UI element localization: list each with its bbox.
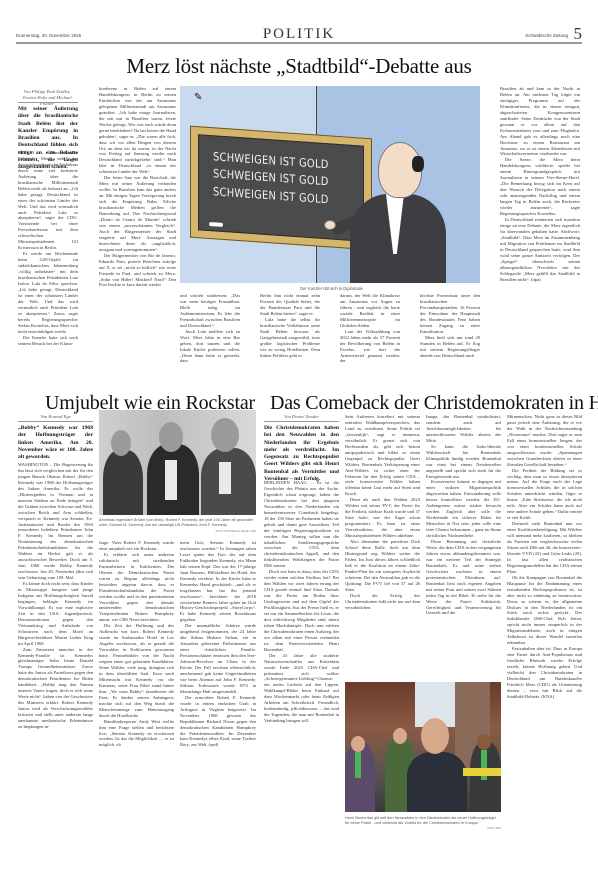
headline-holland: Das Comeback der Christdemokraten in Hol… [270,393,590,413]
face [393,728,407,744]
article-column-kennedy-1: WASHINGTON – Die Begeisterung für ihn lä… [18,462,93,867]
artist-signature-icon: ✎ [194,92,208,106]
caricature-hair [412,156,424,172]
yellow-tray [463,768,501,776]
article-column-holland-2: Sein Auftreten korreliert mit seinem zen… [345,414,420,680]
byline-kennedy: Von Konrad Ege [18,414,93,420]
article-column-merz-6: höchste Prozentsatz unter den brasiliani… [420,293,480,387]
lede-kennedy: „Bobby“ Kennedy war 1968 der Hoffnungstr… [18,425,93,461]
article-column-kennedy-2: frage. Vater Robert F. Kennedy wurde ein… [99,540,174,870]
lede-holland: Die Christdemokraten haben bei den Neuwa… [264,425,339,483]
caricature-hand [324,220,336,230]
bontenbal-photo-credit: FOTO: AFP [470,827,501,830]
article-column-holland-3: Image, das Bontenbal symbolisiert, sonde… [426,414,501,680]
kennedy-photo-credit: FOTO: PICTURE ALLIANCE / DPA [200,530,256,533]
page-number: 5 [574,24,583,44]
section-title: POLITIK [0,26,598,43]
face [111,430,131,456]
face [421,718,449,754]
shirt [219,462,231,494]
newspaper-name: Schwäbische Zeitung [525,33,568,38]
green-scarf [355,752,361,778]
article-column-merz-2: konferenz in Belém auf einem Handelskong… [99,86,176,386]
henri-bontenbal [407,752,467,812]
headline-merz: Merz löst nächste „Stadtbild“-Debatte au… [0,56,598,77]
article-column-merz-4: Berlin ihm nicht einmal zehn Prozent der… [260,293,320,387]
byline-divider [18,421,93,422]
article-column-holland-1: BERLINDEN HAAG – Es ist die Geschichte d… [264,480,339,870]
kennedy-brothers-photo [99,410,256,515]
byline-divider [264,421,339,422]
face [159,422,183,452]
bontenbal-photo [345,682,501,812]
face [211,418,239,452]
article-column-holland-4: Mitmenschen. Nicht ganz in dieses Bild p… [507,414,582,864]
article-column-merz-3: und schrieb stattdessen: „Das war mein h… [180,293,240,387]
shirt [165,460,177,500]
article-column-merz-1: BERLIN – Bundeskanzler Friedrich Merz si… [18,150,78,386]
article-column-merz-7: Brasilien ab und kam in der Nacht in Bel… [500,86,580,386]
cartoon-illustration: ✎ SCHWEIGEN IST GOLD SCHWEIGEN IST GOLD … [180,86,480,283]
article-column-kennedy-3: mein Gott, Senator Kennedy ist erschosse… [180,540,256,870]
face [351,736,365,752]
byline-merz: Von Philipp Paul Zeidler, Torsten Holtz … [18,89,76,108]
chalk-icon [209,222,223,227]
byline-holland: Von Daniel Zander [264,414,339,420]
person-robert-kennedy [103,450,143,515]
byline-divider [18,102,78,103]
article-column-merz-5: darum, der Welt die Klimakrise am Amazon… [340,293,400,387]
bontenbal-photo-caption: Henri Bontenbal gilt seit den Neuwahlen … [345,815,501,826]
masthead-divider [16,42,582,44]
cartoon-caption: Der Kanzler übt sich in Diplomatie [300,286,420,292]
face [477,734,491,750]
kennedy-photo-caption: Amerikas legendäre Brüder (von links): R… [99,518,256,528]
